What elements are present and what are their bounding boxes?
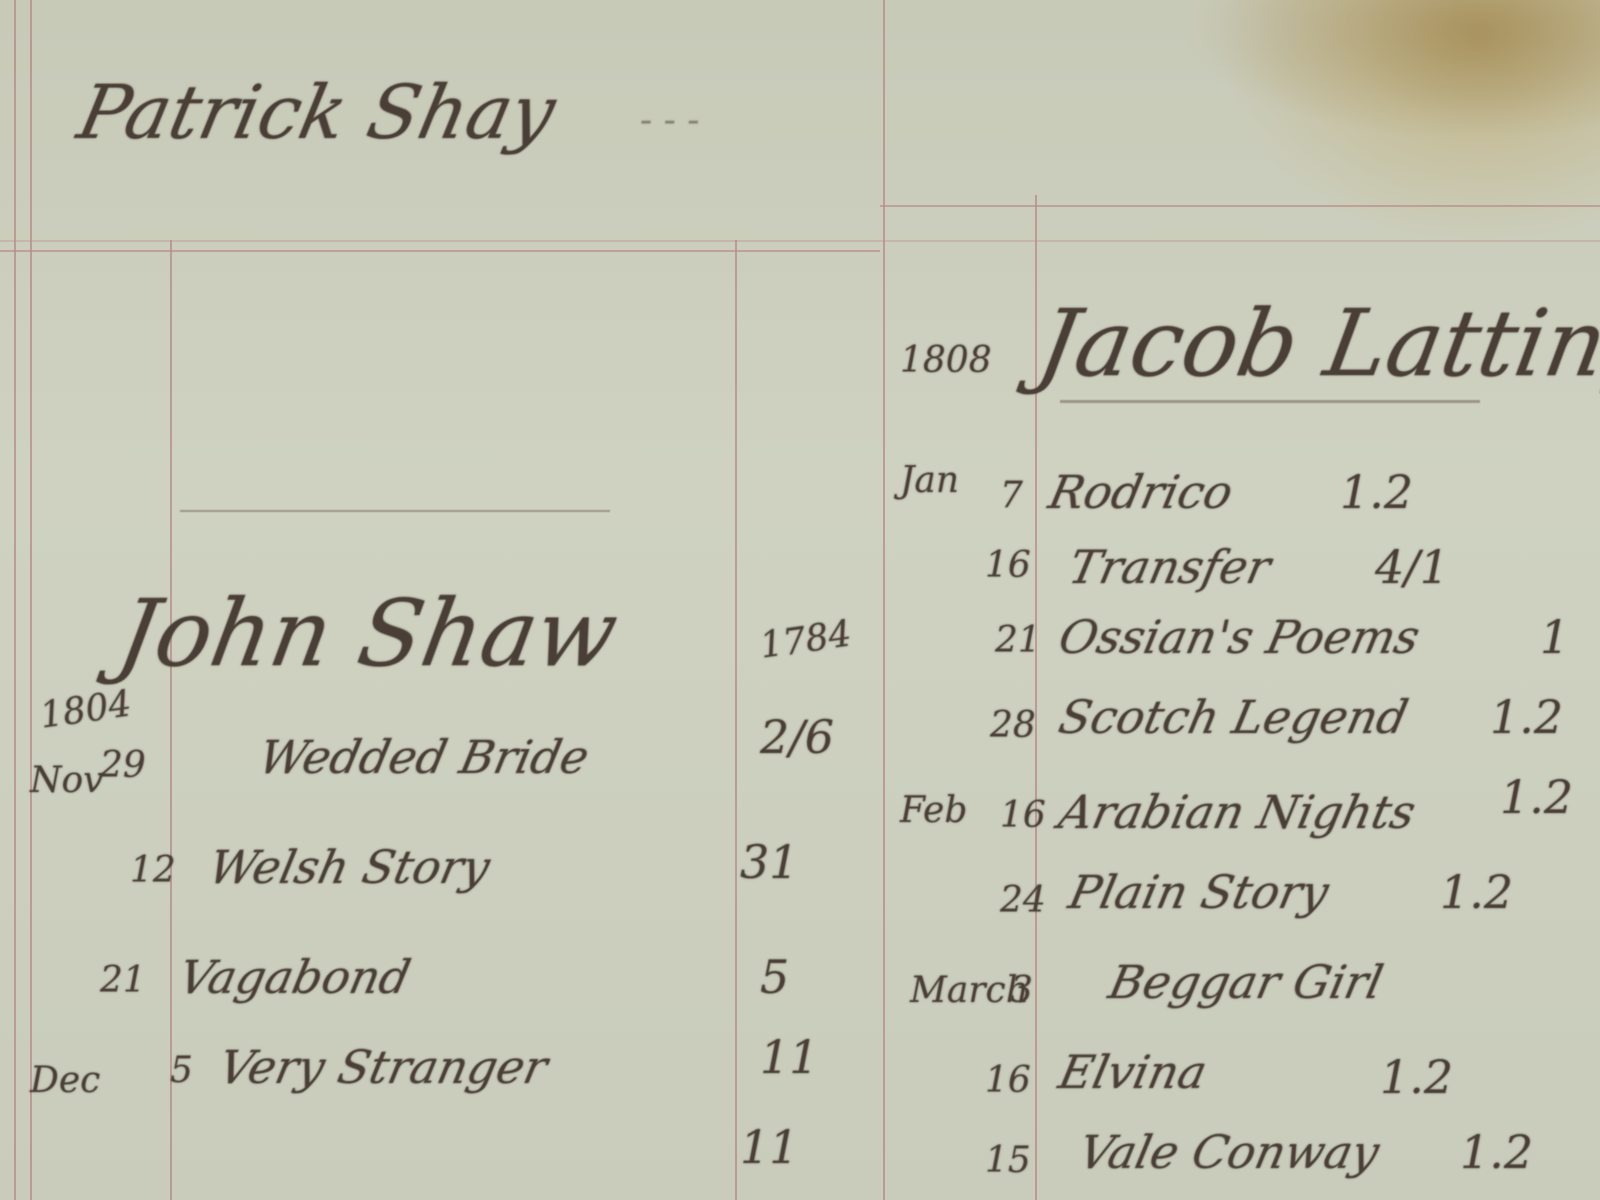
entry-month: Dec bbox=[30, 1060, 100, 1101]
row-rule bbox=[0, 250, 880, 252]
entry-amount: 2/6 bbox=[760, 710, 834, 764]
entry-description: Welsh Story bbox=[204, 840, 494, 894]
entry-month: Feb bbox=[900, 790, 967, 831]
entry-amount: 1.2 bbox=[1490, 690, 1563, 744]
entry-description: Rodrico bbox=[1044, 465, 1237, 519]
entry-amount: 1 bbox=[1540, 610, 1569, 664]
right-underline bbox=[1060, 400, 1480, 403]
paper-stain bbox=[1180, 0, 1600, 140]
entry-amount: 31 bbox=[740, 835, 799, 889]
row-rule bbox=[0, 240, 1600, 242]
entry-amount: 5 bbox=[760, 950, 789, 1004]
left-account-folio: 1784 bbox=[758, 614, 854, 667]
right-account-year: 1808 bbox=[900, 340, 992, 381]
entry-amount: 1.2 bbox=[1460, 1125, 1533, 1179]
entry-description: Plain Story bbox=[1064, 865, 1333, 919]
row-rule bbox=[880, 205, 1600, 207]
left-underline bbox=[180, 510, 610, 512]
entry-day: 24 bbox=[1000, 880, 1046, 921]
entry-day: 16 bbox=[985, 545, 1031, 586]
entry-month: Nov bbox=[30, 760, 104, 801]
left-account-name: John Shaw bbox=[111, 580, 626, 687]
entry-description: Transfer bbox=[1064, 540, 1275, 594]
entry-day: 12 bbox=[130, 850, 176, 891]
entry-day: 28 bbox=[990, 705, 1036, 746]
entry-amount: 1.2 bbox=[1340, 465, 1413, 519]
entry-description: Vale Conway bbox=[1074, 1125, 1384, 1179]
ledger-page: Patrick Shay - - - John Shaw 1784 1804 N… bbox=[0, 0, 1600, 1200]
header-dashes: - - - bbox=[640, 100, 699, 141]
entry-amount: 4/1 bbox=[1375, 540, 1449, 594]
entry-description: Ossian's Poems bbox=[1054, 610, 1424, 664]
left-account-year: 1804 bbox=[38, 684, 134, 737]
column-rule bbox=[1035, 195, 1037, 1200]
entry-description: Beggar Girl bbox=[1104, 955, 1388, 1009]
entry-description: Wedded Bride bbox=[254, 730, 594, 784]
entry-day: 3 bbox=[1010, 970, 1033, 1011]
entry-day: 5 bbox=[170, 1050, 193, 1091]
entry-amount: 1.2 bbox=[1380, 1050, 1453, 1104]
margin-rule bbox=[14, 0, 16, 1200]
entry-day: 16 bbox=[985, 1060, 1031, 1101]
header-name: Patrick Shay bbox=[71, 70, 563, 156]
entry-description: Arabian Nights bbox=[1054, 785, 1420, 839]
entry-amount: 1.2 bbox=[1500, 770, 1573, 824]
entry-amount: 11 bbox=[760, 1030, 819, 1084]
entry-description: Very Stranger bbox=[214, 1040, 552, 1094]
entry-amount: 11 bbox=[740, 1120, 799, 1174]
right-account-name: Jacob Latting bbox=[1031, 290, 1600, 397]
column-rule bbox=[735, 240, 737, 1200]
entry-day: 21 bbox=[995, 620, 1041, 661]
column-rule bbox=[883, 0, 885, 1200]
entry-day: 7 bbox=[1000, 475, 1023, 516]
entry-description: Scotch Legend bbox=[1054, 690, 1412, 744]
margin-rule bbox=[30, 0, 32, 1200]
entry-day: 16 bbox=[1000, 795, 1046, 836]
entry-day: 15 bbox=[985, 1140, 1031, 1181]
entry-month: Jan bbox=[900, 460, 959, 501]
entry-day: 29 bbox=[100, 745, 146, 786]
entry-description: Vagabond bbox=[174, 950, 415, 1004]
entry-day: 21 bbox=[100, 960, 146, 1001]
entry-description: Elvina bbox=[1054, 1045, 1212, 1099]
entry-amount: 1.2 bbox=[1440, 865, 1513, 919]
